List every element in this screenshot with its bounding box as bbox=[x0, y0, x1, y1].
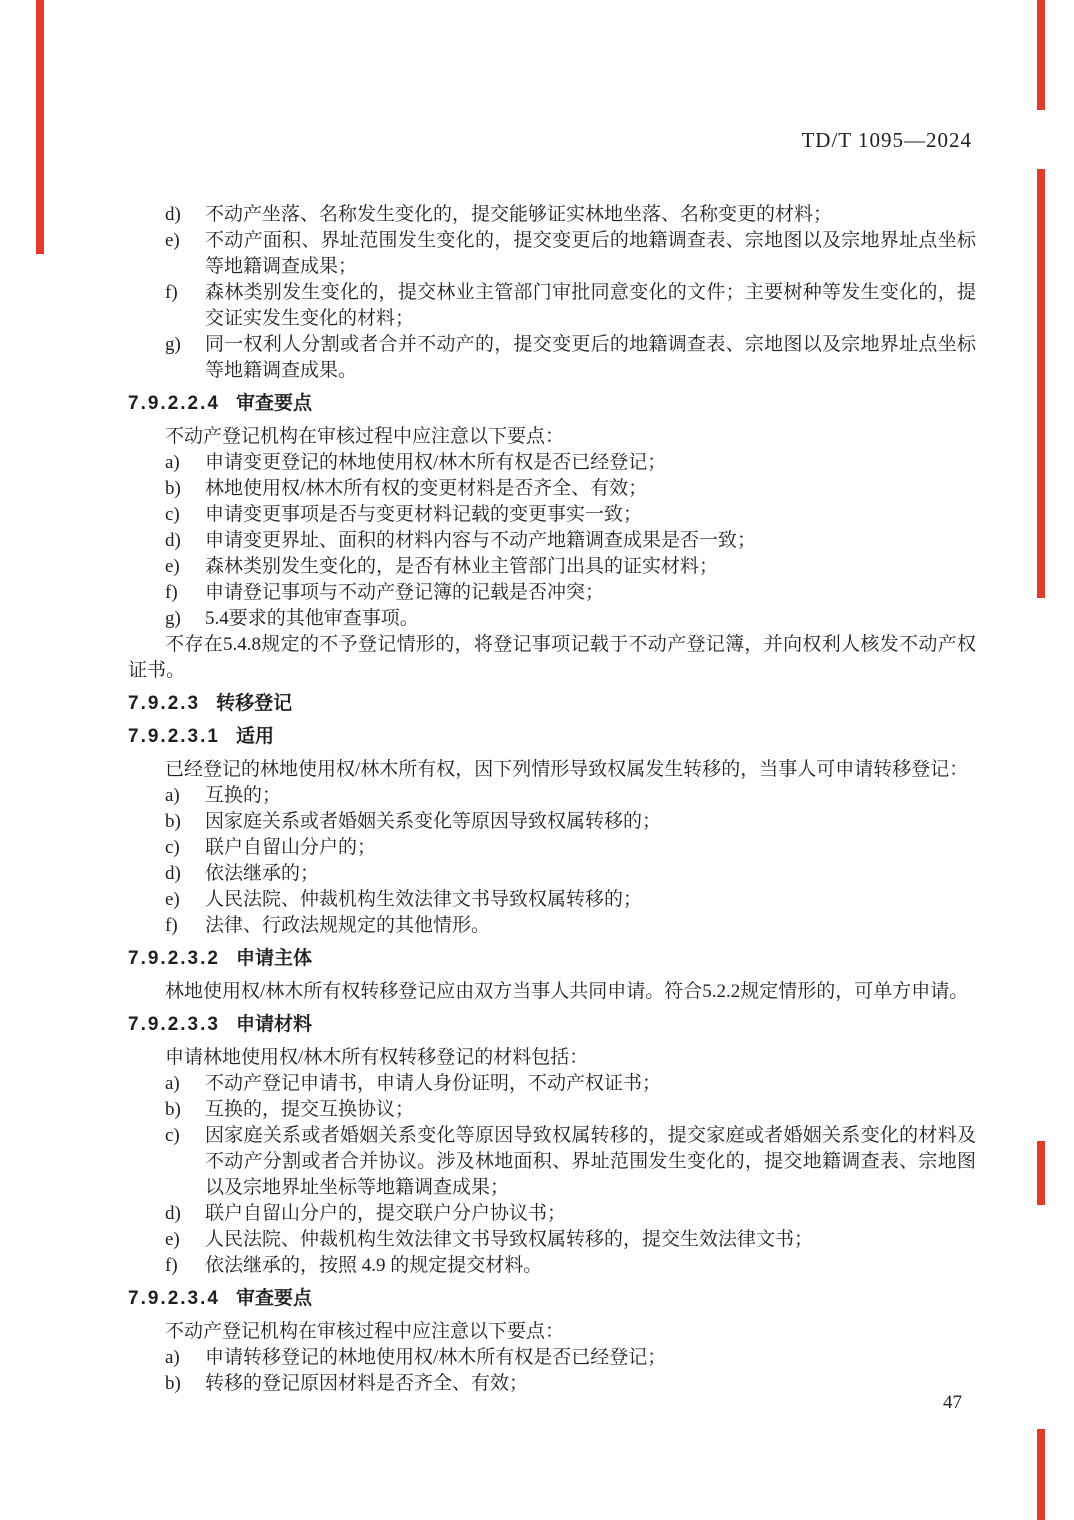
list-item-label: d) bbox=[165, 861, 205, 887]
list-item-label: f) bbox=[165, 1253, 205, 1279]
standard-number-header: TD/T 1095—2024 bbox=[801, 128, 972, 153]
list-item: b)林地使用权/林木所有权的变更材料是否齐全、有效； bbox=[128, 476, 976, 502]
list-item-text: 转移的登记原因材料是否齐全、有效； bbox=[205, 1371, 976, 1397]
list-item-label: f) bbox=[165, 913, 205, 939]
page-number: 47 bbox=[943, 1392, 962, 1414]
section-number: 7.9.2.3.3 bbox=[128, 1014, 220, 1035]
list-item: e)不动产面积、界址范围发生变化的，提交变更后的地籍调查表、宗地图以及宗地界址点… bbox=[128, 228, 976, 280]
list-item-text: 申请登记事项与不动产登记簿的记载是否冲突； bbox=[205, 580, 976, 606]
list-item-label: d) bbox=[165, 528, 205, 554]
list-item: a)不动产登记申请书，申请人身份证明，不动产权证书； bbox=[128, 1071, 976, 1097]
section-title: 转移登记 bbox=[216, 693, 292, 714]
list-item-text: 依法继承的，按照 4.9 的规定提交材料。 bbox=[205, 1253, 976, 1279]
list-item-label: d) bbox=[165, 1201, 205, 1227]
list-item-label: g) bbox=[165, 606, 205, 632]
red-margin-mark-right-4 bbox=[1037, 1429, 1045, 1520]
list-item: d)不动产坐落、名称发生变化的，提交能够证实林地坐落、名称变更的材料； bbox=[128, 202, 976, 228]
list-item-label: a) bbox=[165, 1345, 205, 1371]
list-item: d)依法继承的； bbox=[128, 861, 976, 887]
list-item-text: 不动产坐落、名称发生变化的，提交能够证实林地坐落、名称变更的材料； bbox=[205, 202, 976, 228]
list-item-label: a) bbox=[165, 783, 205, 809]
paragraph: 林地使用权/林木所有权转移登记应由双方当事人共同申请。符合5.2.2规定情形的，… bbox=[128, 979, 976, 1005]
section-number: 7.9.2.3.2 bbox=[128, 948, 220, 969]
section-number: 7.9.2.2.4 bbox=[128, 393, 220, 414]
section-number: 7.9.2.3.1 bbox=[128, 726, 220, 747]
list-item-label: d) bbox=[165, 202, 205, 228]
list-item-label: e) bbox=[165, 228, 205, 280]
section-heading: 7.9.2.3转移登记 bbox=[128, 691, 976, 717]
red-margin-mark-right-3 bbox=[1037, 1141, 1045, 1205]
list-item-text: 因家庭关系或者婚姻关系变化等原因导致权属转移的，提交家庭或者婚姻关系变化的材料及… bbox=[205, 1123, 976, 1201]
list-item: g)同一权利人分割或者合并不动产的，提交变更后的地籍调查表、宗地图以及宗地界址点… bbox=[128, 332, 976, 384]
list-item-text: 林地使用权/林木所有权的变更材料是否齐全、有效； bbox=[205, 476, 976, 502]
list-item-label: g) bbox=[165, 332, 205, 384]
list-item-label: b) bbox=[165, 1097, 205, 1123]
list-item: d)申请变更界址、面积的材料内容与不动产地籍调查成果是否一致； bbox=[128, 528, 976, 554]
list-item: f)法律、行政法规规定的其他情形。 bbox=[128, 913, 976, 939]
section-title: 适用 bbox=[236, 726, 274, 747]
list-item-label: c) bbox=[165, 835, 205, 861]
list-item: e)森林类别发生变化的，是否有林业主管部门出具的证实材料； bbox=[128, 554, 976, 580]
list-item: g)5.4要求的其他审查事项。 bbox=[128, 606, 976, 632]
list-item-text: 申请变更界址、面积的材料内容与不动产地籍调查成果是否一致； bbox=[205, 528, 976, 554]
red-margin-mark-left bbox=[36, 0, 44, 254]
list-item-text: 申请变更事项是否与变更材料记载的变更事实一致； bbox=[205, 502, 976, 528]
paragraph: 申请林地使用权/林木所有权转移登记的材料包括： bbox=[128, 1045, 976, 1071]
section-title: 申请材料 bbox=[236, 1014, 312, 1035]
list-item-text: 人民法院、仲裁机构生效法律文书导致权属转移的，提交生效法律文书； bbox=[205, 1227, 976, 1253]
list-item-label: e) bbox=[165, 1227, 205, 1253]
list-item-label: a) bbox=[165, 1071, 205, 1097]
list-item: c)因家庭关系或者婚姻关系变化等原因导致权属转移的，提交家庭或者婚姻关系变化的材… bbox=[128, 1123, 976, 1201]
list-item-label: e) bbox=[165, 887, 205, 913]
list-item-text: 因家庭关系或者婚姻关系变化等原因导致权属转移的； bbox=[205, 809, 976, 835]
list-item-text: 同一权利人分割或者合并不动产的，提交变更后的地籍调查表、宗地图以及宗地界址点坐标… bbox=[205, 332, 976, 384]
list-item: e)人民法院、仲裁机构生效法律文书导致权属转移的，提交生效法律文书； bbox=[128, 1227, 976, 1253]
list-item-text: 互换的，提交互换协议； bbox=[205, 1097, 976, 1123]
section-heading: 7.9.2.3.4审查要点 bbox=[128, 1286, 976, 1312]
section-heading: 7.9.2.2.4审查要点 bbox=[128, 391, 976, 417]
list-item-text: 法律、行政法规规定的其他情形。 bbox=[205, 913, 976, 939]
list-item: b)因家庭关系或者婚姻关系变化等原因导致权属转移的； bbox=[128, 809, 976, 835]
paragraph: 不动产登记机构在审核过程中应注意以下要点： bbox=[128, 424, 976, 450]
list-item: f)申请登记事项与不动产登记簿的记载是否冲突； bbox=[128, 580, 976, 606]
list-item-label: b) bbox=[165, 1371, 205, 1397]
list-item: c)联户自留山分户的； bbox=[128, 835, 976, 861]
list-item-text: 申请变更登记的林地使用权/林木所有权是否已经登记； bbox=[205, 450, 976, 476]
red-margin-mark-right-2 bbox=[1037, 169, 1045, 598]
list-item-text: 人民法院、仲裁机构生效法律文书导致权属转移的； bbox=[205, 887, 976, 913]
list-item-text: 依法继承的； bbox=[205, 861, 976, 887]
list-item-text: 互换的； bbox=[205, 783, 976, 809]
list-item-text: 申请转移登记的林地使用权/林木所有权是否已经登记； bbox=[205, 1345, 976, 1371]
list-item-text: 5.4要求的其他审查事项。 bbox=[205, 606, 976, 632]
document-body: d)不动产坐落、名称发生变化的，提交能够证实林地坐落、名称变更的材料；e)不动产… bbox=[128, 202, 976, 1397]
list-item: a)申请变更登记的林地使用权/林木所有权是否已经登记； bbox=[128, 450, 976, 476]
list-item: b)转移的登记原因材料是否齐全、有效； bbox=[128, 1371, 976, 1397]
section-heading: 7.9.2.3.3申请材料 bbox=[128, 1012, 976, 1038]
section-number: 7.9.2.3 bbox=[128, 693, 200, 714]
list-item: b)互换的，提交互换协议； bbox=[128, 1097, 976, 1123]
list-item-label: f) bbox=[165, 580, 205, 606]
list-item-label: c) bbox=[165, 502, 205, 528]
list-item: c)申请变更事项是否与变更材料记载的变更事实一致； bbox=[128, 502, 976, 528]
section-title: 审查要点 bbox=[236, 1288, 312, 1309]
red-margin-mark-right-1 bbox=[1037, 0, 1045, 110]
list-item-text: 森林类别发生变化的，是否有林业主管部门出具的证实材料； bbox=[205, 554, 976, 580]
list-item-text: 森林类别发生变化的，提交林业主管部门审批同意变化的文件；主要树种等发生变化的，提… bbox=[205, 280, 976, 332]
section-heading: 7.9.2.3.1适用 bbox=[128, 724, 976, 750]
list-item: e)人民法院、仲裁机构生效法律文书导致权属转移的； bbox=[128, 887, 976, 913]
section-heading: 7.9.2.3.2申请主体 bbox=[128, 946, 976, 972]
list-item-label: a) bbox=[165, 450, 205, 476]
list-item-label: c) bbox=[165, 1123, 205, 1201]
list-item-text: 不动产登记申请书，申请人身份证明，不动产权证书； bbox=[205, 1071, 976, 1097]
section-title: 申请主体 bbox=[236, 948, 312, 969]
document-page: TD/T 1095—2024 d)不动产坐落、名称发生变化的，提交能够证实林地坐… bbox=[0, 0, 1074, 1520]
list-item: d)联户自留山分户的，提交联户分户协议书； bbox=[128, 1201, 976, 1227]
list-item: f)森林类别发生变化的，提交林业主管部门审批同意变化的文件；主要树种等发生变化的… bbox=[128, 280, 976, 332]
list-item: f)依法继承的，按照 4.9 的规定提交材料。 bbox=[128, 1253, 976, 1279]
list-item-label: f) bbox=[165, 280, 205, 332]
section-title: 审查要点 bbox=[236, 393, 312, 414]
paragraph: 不存在5.4.8规定的不予登记情形的，将登记事项记载于不动产登记簿，并向权利人核… bbox=[128, 632, 976, 684]
list-item-text: 联户自留山分户的； bbox=[205, 835, 976, 861]
list-item: a)互换的； bbox=[128, 783, 976, 809]
list-item-label: b) bbox=[165, 809, 205, 835]
list-item-label: e) bbox=[165, 554, 205, 580]
list-item-text: 联户自留山分户的，提交联户分户协议书； bbox=[205, 1201, 976, 1227]
list-item-text: 不动产面积、界址范围发生变化的，提交变更后的地籍调查表、宗地图以及宗地界址点坐标… bbox=[205, 228, 976, 280]
paragraph: 已经登记的林地使用权/林木所有权，因下列情形导致权属发生转移的，当事人可申请转移… bbox=[128, 757, 976, 783]
list-item: a)申请转移登记的林地使用权/林木所有权是否已经登记； bbox=[128, 1345, 976, 1371]
list-item-label: b) bbox=[165, 476, 205, 502]
section-number: 7.9.2.3.4 bbox=[128, 1288, 220, 1309]
paragraph: 不动产登记机构在审核过程中应注意以下要点： bbox=[128, 1319, 976, 1345]
